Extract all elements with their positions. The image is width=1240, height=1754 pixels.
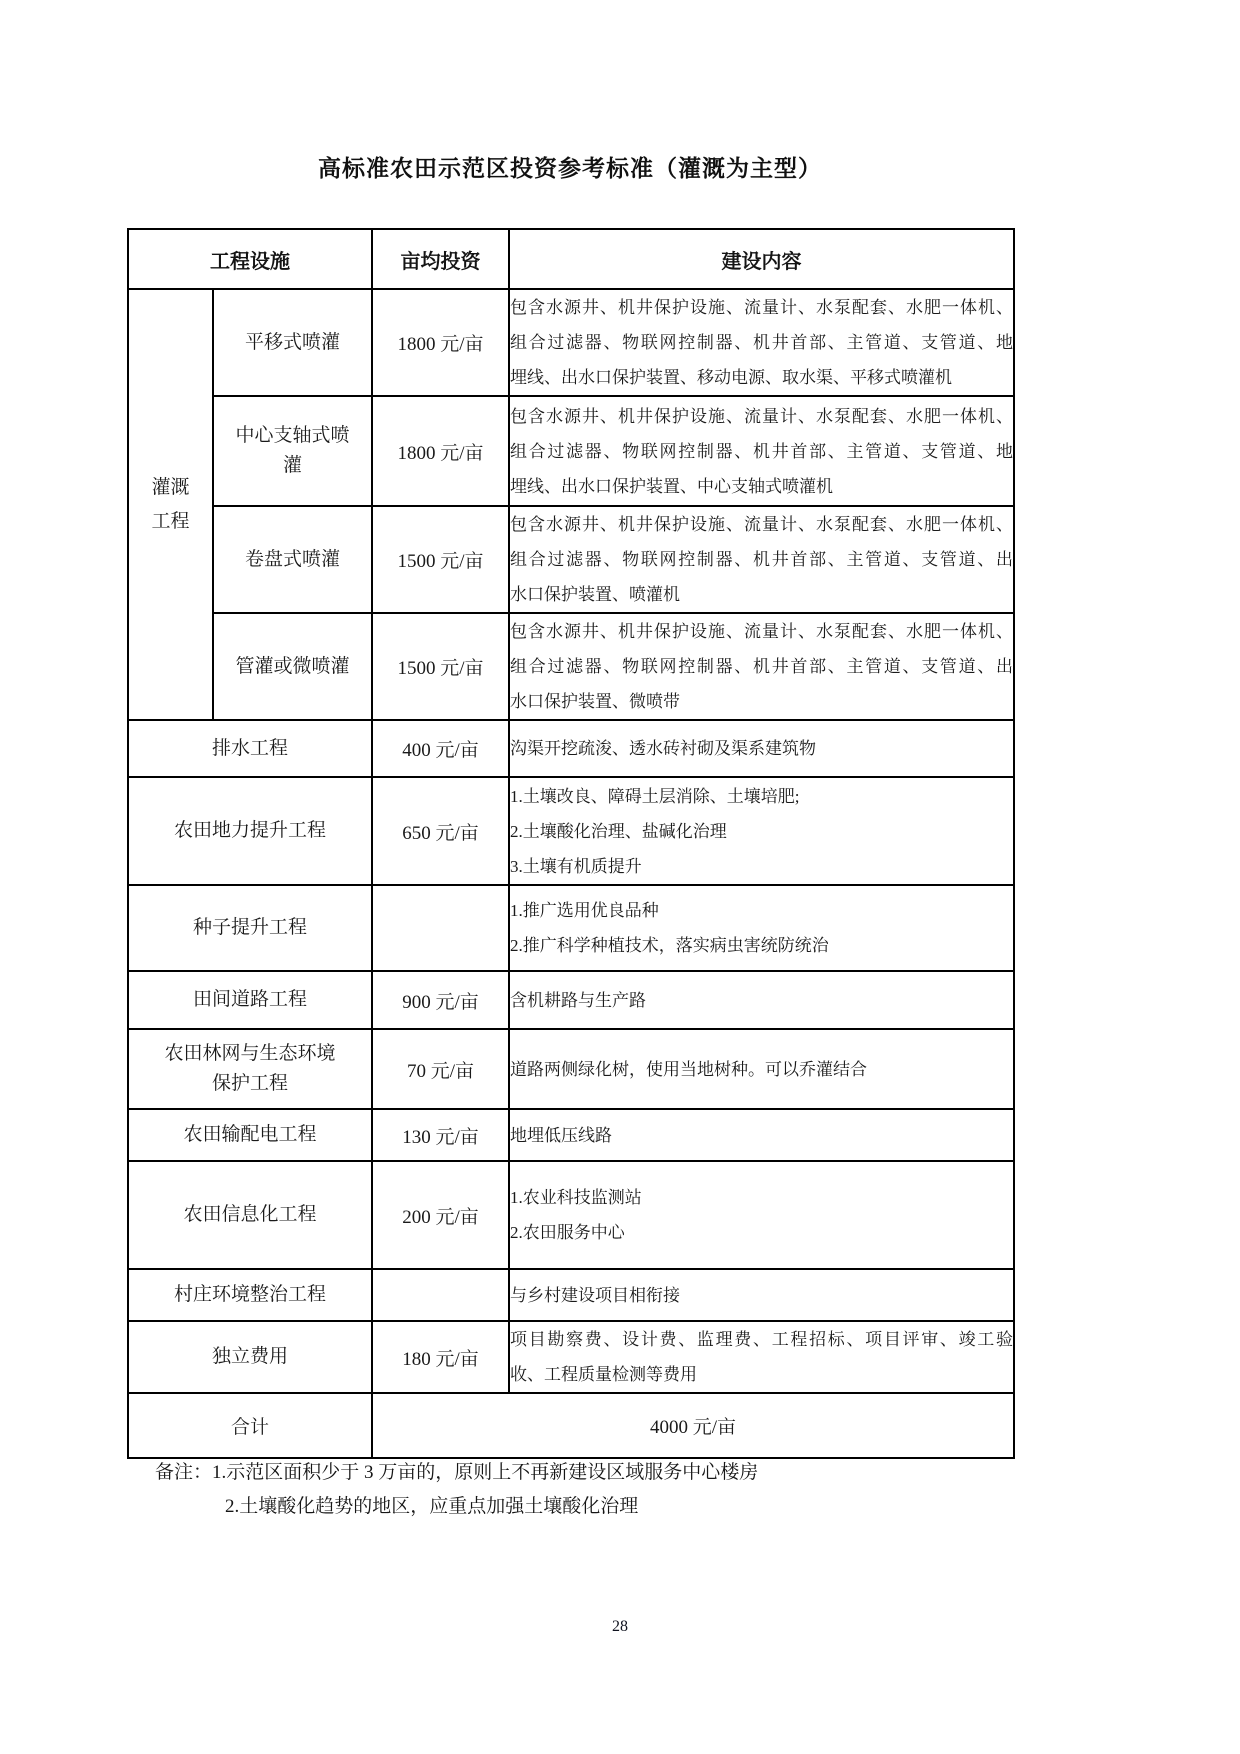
content-cell: 包含水源井、机井保护设施、流量计、水泵配套、水肥一体机、组合过滤器、物联网控制器… — [509, 396, 1014, 506]
facility-name-cell: 农田林网与生态环境 保护工程 — [128, 1029, 372, 1109]
table-row: 灌溉 工程平移式喷灌1800 元/亩包含水源井、机井保护设施、流量计、水泵配套、… — [128, 289, 1014, 396]
investment-cell: 900 元/亩 — [372, 971, 509, 1029]
investment-table: 工程设施 亩均投资 建设内容 灌溉 工程平移式喷灌1800 元/亩包含水源井、机… — [127, 228, 1015, 1459]
content-line: 1.推广选用优良品种 — [510, 893, 1013, 928]
irrigation-group-cell: 灌溉 工程 — [128, 289, 213, 720]
col-header-content: 建设内容 — [509, 229, 1014, 289]
facility-name-cell: 村庄环境整治工程 — [128, 1269, 372, 1321]
content-line: 含机耕路与生产路 — [510, 983, 1013, 1018]
total-row: 合计4000 元/亩 — [128, 1393, 1014, 1458]
content-cell: 1.土壤改良、障碍土层消除、土壤培肥;2.土壤酸化治理、盐碱化治理3.土壤有机质… — [509, 777, 1014, 885]
content-line: 包含水源井、机井保护设施、流量计、水泵配套、水肥一体机、 — [510, 399, 1013, 434]
page-title: 高标准农田示范区投资参考标准（灌溉为主型） — [127, 150, 1013, 183]
facility-name-cell: 平移式喷灌 — [213, 289, 372, 396]
content-line: 组合过滤器、物联网控制器、机井首部、主管道、支管道、出 — [510, 542, 1013, 577]
content-cell: 包含水源井、机井保护设施、流量计、水泵配套、水肥一体机、组合过滤器、物联网控制器… — [509, 506, 1014, 613]
investment-cell: 650 元/亩 — [372, 777, 509, 885]
content-line: 组合过滤器、物联网控制器、机井首部、主管道、支管道、地 — [510, 325, 1013, 360]
content-cell: 项目勘察费、设计费、监理费、工程招标、项目评审、竣工验收、工程质量检测等费用 — [509, 1321, 1014, 1393]
table-row: 农田林网与生态环境 保护工程70 元/亩道路两侧绿化树，使用当地树种。可以乔灌结… — [128, 1029, 1014, 1109]
facility-name-cell: 农田地力提升工程 — [128, 777, 372, 885]
note-line-1: 备注：1.示范区面积少于 3 万亩的，原则上不再新建设区域服务中心楼房 — [155, 1456, 985, 1490]
col-header-investment: 亩均投资 — [372, 229, 509, 289]
investment-cell: 130 元/亩 — [372, 1109, 509, 1161]
content-line: 道路两侧绿化树，使用当地树种。可以乔灌结合 — [510, 1052, 1013, 1087]
content-line: 组合过滤器、物联网控制器、机井首部、主管道、支管道、地 — [510, 434, 1013, 469]
table-row: 农田信息化工程200 元/亩1.农业科技监测站2.农田服务中心 — [128, 1161, 1014, 1269]
content-line: 1.农业科技监测站 — [510, 1180, 1013, 1215]
table-row: 管灌或微喷灌1500 元/亩包含水源井、机井保护设施、流量计、水泵配套、水肥一体… — [128, 613, 1014, 720]
content-cell: 地埋低压线路 — [509, 1109, 1014, 1161]
content-cell: 沟渠开挖疏浚、透水砖衬砌及渠系建筑物 — [509, 720, 1014, 777]
content-line: 埋线、出水口保护装置、中心支轴式喷灌机 — [510, 469, 1013, 504]
investment-cell: 200 元/亩 — [372, 1161, 509, 1269]
content-line: 组合过滤器、物联网控制器、机井首部、主管道、支管道、出 — [510, 649, 1013, 684]
table-row: 田间道路工程900 元/亩含机耕路与生产路 — [128, 971, 1014, 1029]
document-page: 高标准农田示范区投资参考标准（灌溉为主型） 工程设施 亩均投资 建设内容 灌溉 … — [0, 0, 1240, 1754]
content-cell: 与乡村建设项目相衔接 — [509, 1269, 1014, 1321]
table-row: 卷盘式喷灌1500 元/亩包含水源井、机井保护设施、流量计、水泵配套、水肥一体机… — [128, 506, 1014, 613]
facility-name-cell: 农田信息化工程 — [128, 1161, 372, 1269]
facility-name-cell: 农田输配电工程 — [128, 1109, 372, 1161]
content-line: 收、工程质量检测等费用 — [510, 1357, 1013, 1392]
content-line: 包含水源井、机井保护设施、流量计、水泵配套、水肥一体机、 — [510, 290, 1013, 325]
facility-name-cell: 排水工程 — [128, 720, 372, 777]
table-row: 中心支轴式喷 灌1800 元/亩包含水源井、机井保护设施、流量计、水泵配套、水肥… — [128, 396, 1014, 506]
table-row: 村庄环境整治工程与乡村建设项目相衔接 — [128, 1269, 1014, 1321]
table-row: 农田地力提升工程650 元/亩1.土壤改良、障碍土层消除、土壤培肥;2.土壤酸化… — [128, 777, 1014, 885]
content-line: 水口保护装置、微喷带 — [510, 684, 1013, 719]
note-line-2: 2.土壤酸化趋势的地区，应重点加强土壤酸化治理 — [225, 1490, 985, 1524]
content-cell: 道路两侧绿化树，使用当地树种。可以乔灌结合 — [509, 1029, 1014, 1109]
content-line: 2.土壤酸化治理、盐碱化治理 — [510, 814, 1013, 849]
investment-cell: 1800 元/亩 — [372, 396, 509, 506]
content-cell: 包含水源井、机井保护设施、流量计、水泵配套、水肥一体机、组合过滤器、物联网控制器… — [509, 289, 1014, 396]
facility-name-cell: 中心支轴式喷 灌 — [213, 396, 372, 506]
investment-cell — [372, 885, 509, 971]
content-line: 水口保护装置、喷灌机 — [510, 577, 1013, 612]
investment-cell: 1500 元/亩 — [372, 613, 509, 720]
investment-cell — [372, 1269, 509, 1321]
content-cell: 1.推广选用优良品种2.推广科学种植技术，落实病虫害统防统治 — [509, 885, 1014, 971]
content-cell: 含机耕路与生产路 — [509, 971, 1014, 1029]
content-line: 项目勘察费、设计费、监理费、工程招标、项目评审、竣工验 — [510, 1322, 1013, 1357]
investment-cell: 70 元/亩 — [372, 1029, 509, 1109]
content-line: 2.农田服务中心 — [510, 1215, 1013, 1250]
facility-name-cell: 种子提升工程 — [128, 885, 372, 971]
content-cell: 包含水源井、机井保护设施、流量计、水泵配套、水肥一体机、组合过滤器、物联网控制器… — [509, 613, 1014, 720]
content-line: 与乡村建设项目相衔接 — [510, 1278, 1013, 1313]
notes-block: 备注：1.示范区面积少于 3 万亩的，原则上不再新建设区域服务中心楼房 2.土壤… — [155, 1456, 985, 1524]
content-line: 埋线、出水口保护装置、移动电源、取水渠、平移式喷灌机 — [510, 360, 1013, 395]
investment-cell: 1500 元/亩 — [372, 506, 509, 613]
content-line: 3.土壤有机质提升 — [510, 849, 1013, 884]
content-line: 2.推广科学种植技术，落实病虫害统防统治 — [510, 928, 1013, 963]
table-row: 种子提升工程1.推广选用优良品种2.推广科学种植技术，落实病虫害统防统治 — [128, 885, 1014, 971]
table-row: 农田输配电工程130 元/亩地埋低压线路 — [128, 1109, 1014, 1161]
table-row: 排水工程400 元/亩沟渠开挖疏浚、透水砖衬砌及渠系建筑物 — [128, 720, 1014, 777]
table-row: 独立费用180 元/亩项目勘察费、设计费、监理费、工程招标、项目评审、竣工验收、… — [128, 1321, 1014, 1393]
facility-name-cell: 田间道路工程 — [128, 971, 372, 1029]
content-cell: 1.农业科技监测站2.农田服务中心 — [509, 1161, 1014, 1269]
investment-cell: 180 元/亩 — [372, 1321, 509, 1393]
page-number: 28 — [0, 1618, 1240, 1636]
content-line: 包含水源井、机井保护设施、流量计、水泵配套、水肥一体机、 — [510, 507, 1013, 542]
table-header-row: 工程设施 亩均投资 建设内容 — [128, 229, 1014, 289]
total-label-cell: 合计 — [128, 1393, 372, 1458]
col-header-facility: 工程设施 — [128, 229, 372, 289]
facility-name-cell: 管灌或微喷灌 — [213, 613, 372, 720]
content-line: 1.土壤改良、障碍土层消除、土壤培肥; — [510, 779, 1013, 814]
total-value-cell: 4000 元/亩 — [372, 1393, 1014, 1458]
facility-name-cell: 独立费用 — [128, 1321, 372, 1393]
investment-cell: 400 元/亩 — [372, 720, 509, 777]
facility-name-cell: 卷盘式喷灌 — [213, 506, 372, 613]
content-line: 地埋低压线路 — [510, 1118, 1013, 1153]
investment-cell: 1800 元/亩 — [372, 289, 509, 396]
content-line: 沟渠开挖疏浚、透水砖衬砌及渠系建筑物 — [510, 731, 1013, 766]
content-line: 包含水源井、机井保护设施、流量计、水泵配套、水肥一体机、 — [510, 614, 1013, 649]
